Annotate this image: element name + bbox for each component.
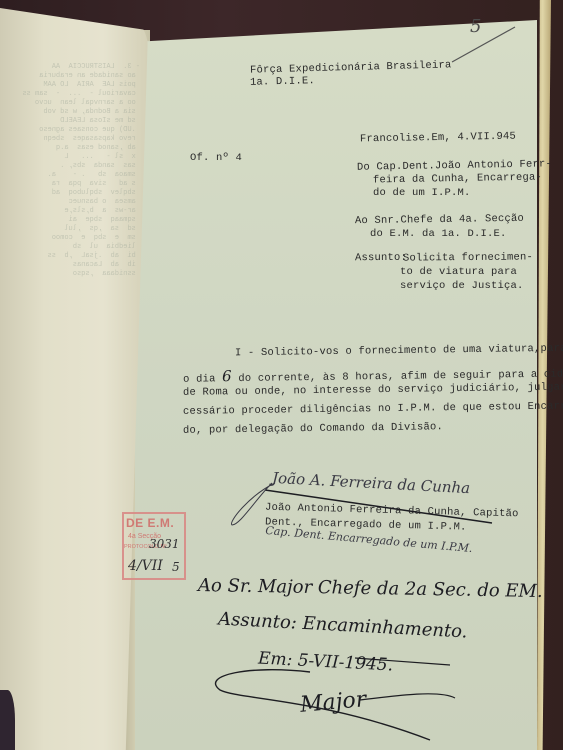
to-line-1: Ao Snr.Chefe da 4a. Secção [355,213,524,227]
stamp-protocol-number: 3031 [149,537,180,551]
left-curled-page: - 3. LAISTRUCCIA AA ao sanidade an erabu… [0,8,148,750]
stamp-day: 5 [172,560,180,574]
stamp-title: DE E.M. [126,516,174,530]
subject-line-3: serviço de Justiça. [400,280,524,292]
subject-line-1: Solicita fornecimen- [403,251,533,264]
stamp-date: 4/VII [128,558,163,574]
header-line-2: 1a. D.I.E. [250,75,315,89]
handwritten-day: 6 [222,367,232,385]
from-line-3: do de um I.P.M. [373,187,471,199]
shadow [0,690,15,750]
reference-number: Of. nº 4 [190,152,242,164]
pencil-page-number: 5 [470,16,481,37]
bleed-through-text: - 3. LAISTRUCCIA AA ao sanidade an erabu… [0,63,140,278]
protocol-stamp: DE E.M. 4a Secção PROTOCOLO Nº 3031 4/VI… [122,512,186,580]
body-line-2-pre: o dia [183,373,216,385]
to-line-2: do E.M. da 1a. D.I.E. [370,228,507,240]
subject-line-2: to de viatura para [400,266,517,278]
subject-label: Assunto: [355,252,407,264]
